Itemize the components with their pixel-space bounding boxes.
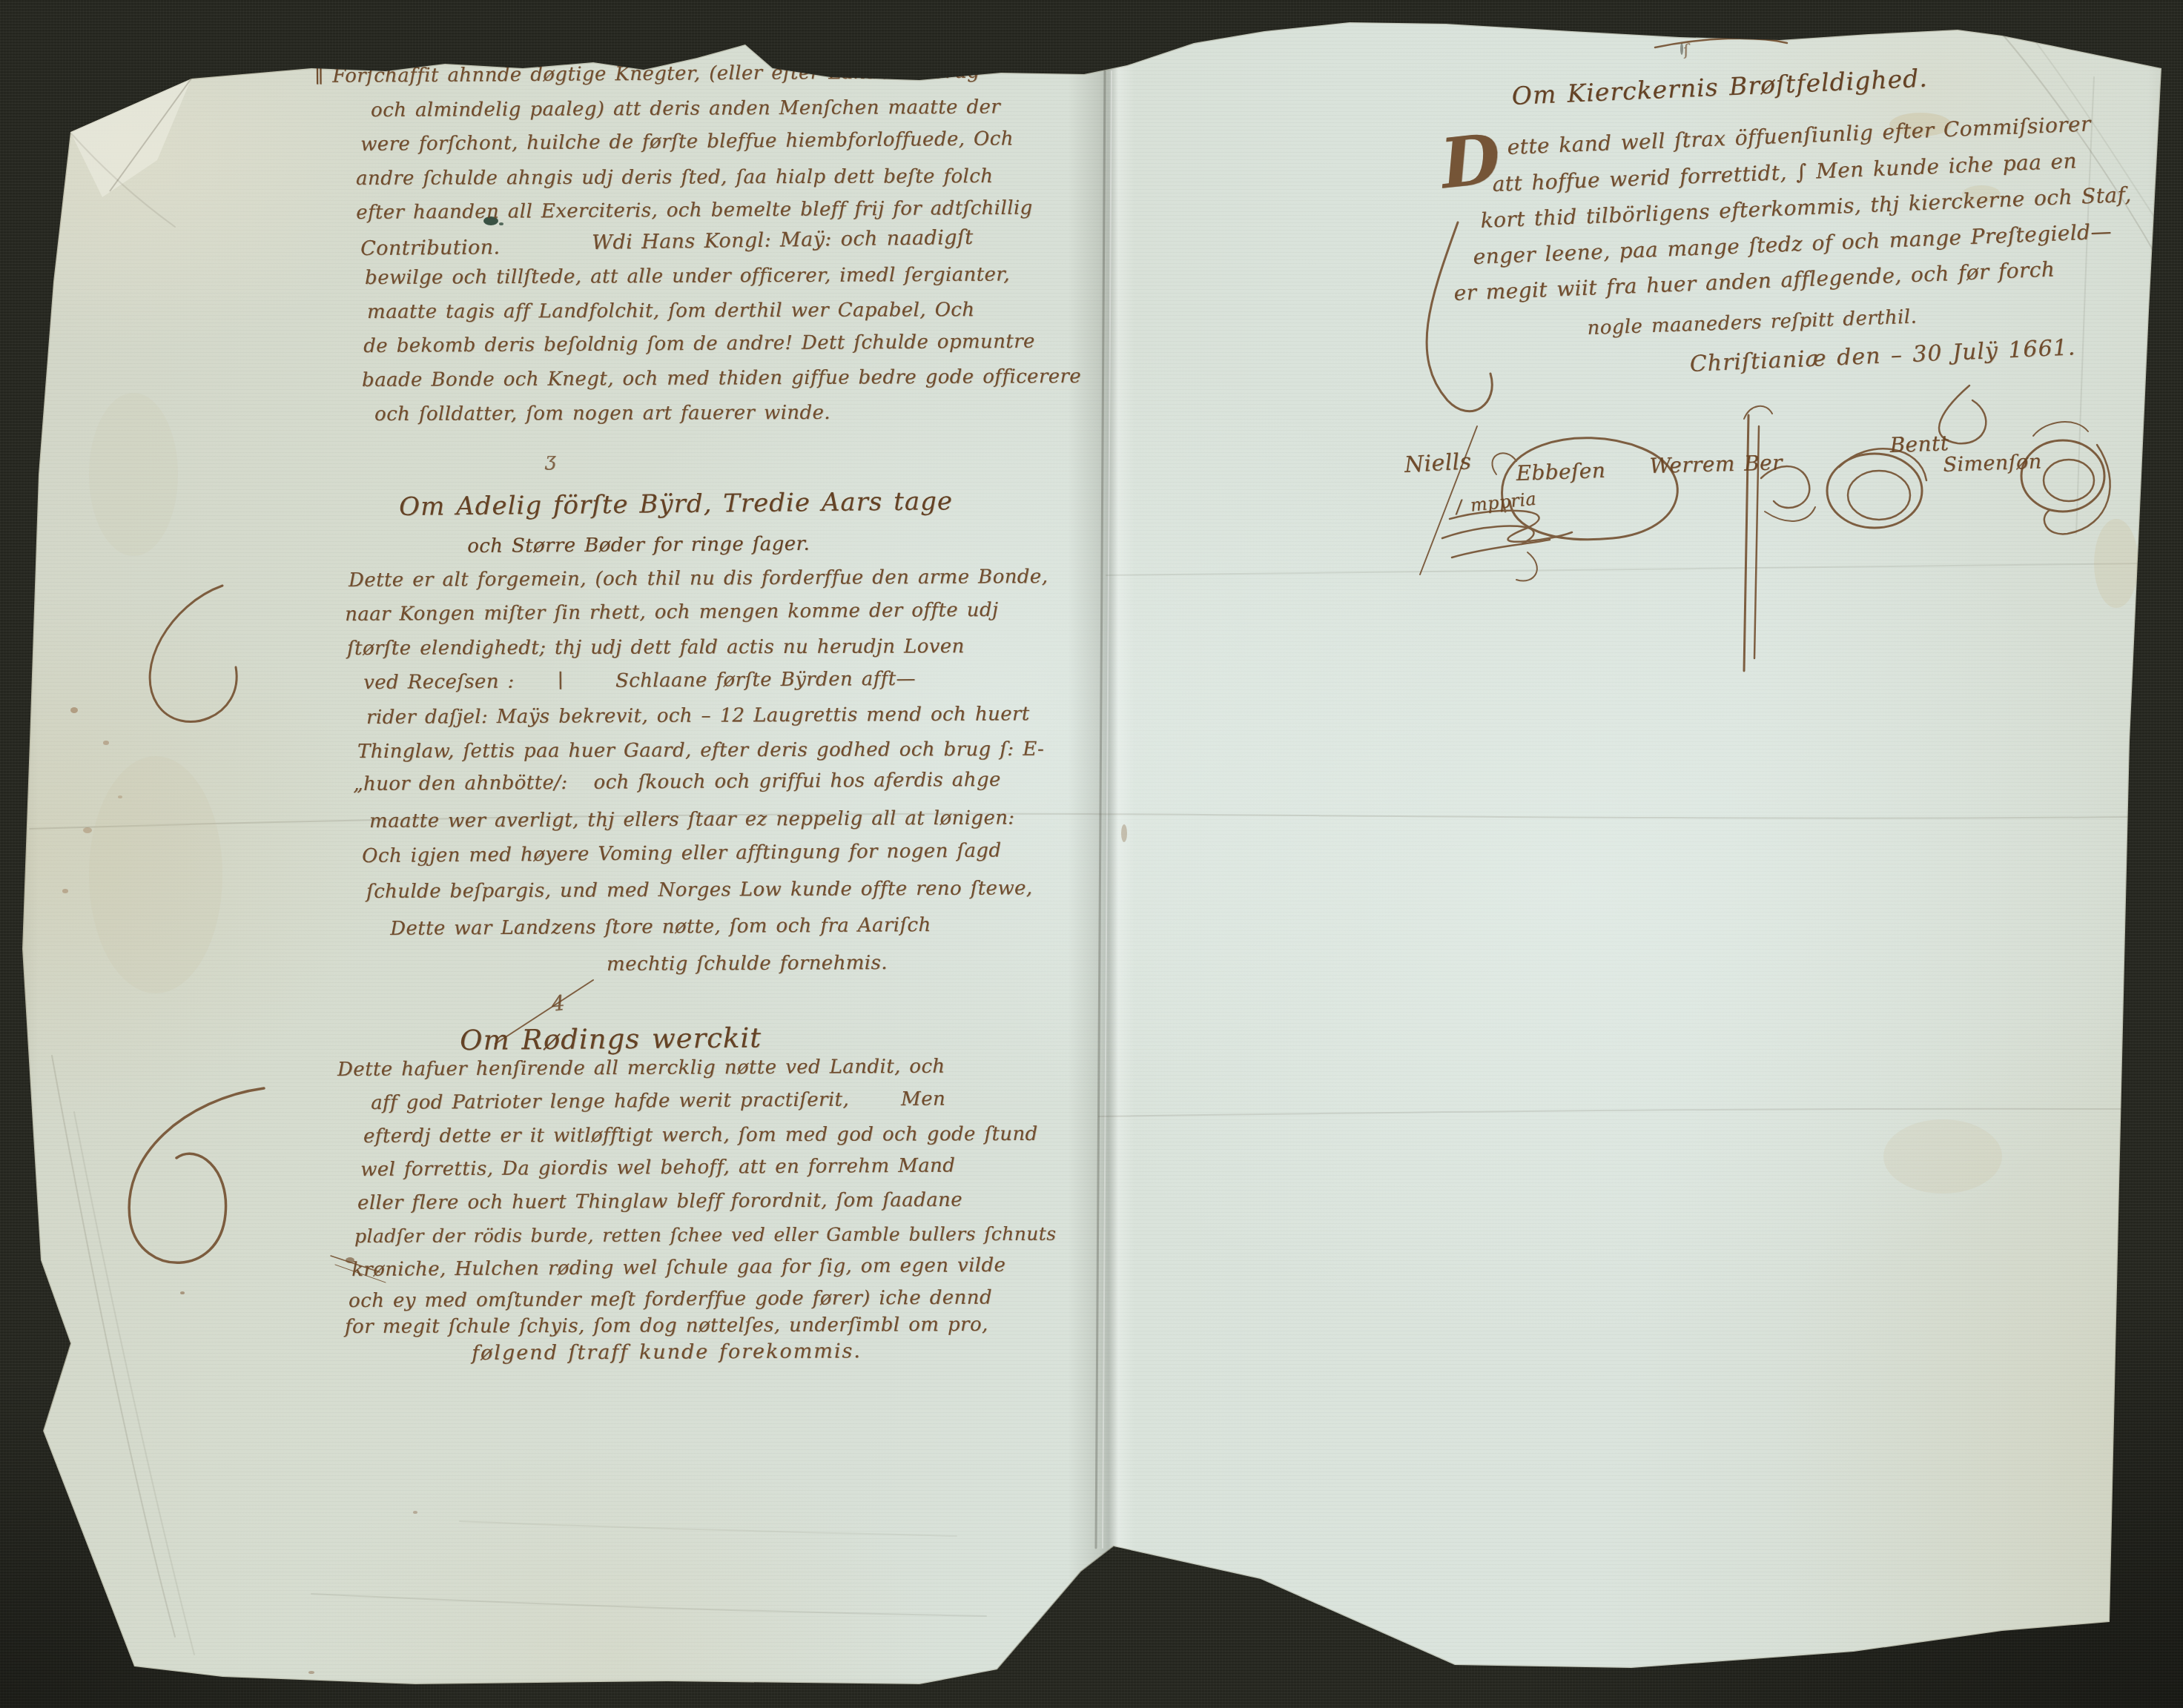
section-mark: 4 (550, 990, 567, 1016)
section-mark: ʒ (545, 449, 556, 471)
manuscript-line: Och igjen med høyere Voming eller afftin… (362, 839, 1002, 867)
section-heading: och Større Bøder for ringe ſager. (467, 533, 810, 557)
manuscript-line: Contribution. (360, 236, 501, 260)
manuscript-line: „huor den ahnbötte/: och ſkouch och grif… (353, 769, 1001, 795)
manuscript-line: krøniche, Hulchen røding wel ſchule gaa … (351, 1254, 1005, 1281)
manuscript-line: Thinglaw, ſettis paa huer Gaard, efter d… (357, 738, 1044, 763)
section-heading: Om Rødings werckit (460, 1022, 762, 1056)
manuscript-line: eller flere och huert Thinglaw bleff for… (357, 1189, 962, 1214)
correction-mark: z (552, 42, 558, 55)
manuscript-sheet: z∥ Forſchaffit ahnnde døgtige Knegter, (… (0, 0, 2183, 1708)
signature: Niells (1404, 448, 1472, 478)
manuscript-line: ∥ Forſchaffit ahnnde døgtige Knegter, (e… (314, 61, 980, 87)
manuscript-line: maatte wer averligt, thj ellers ſtaar ez… (369, 807, 1015, 833)
manuscript-line: naar Kongen miſter ſin rhett, och mengen… (345, 599, 998, 626)
manuscript-line: baade Bonde och Knegt, och med thiden gi… (362, 365, 1081, 391)
signature: Bentt (1889, 431, 1949, 457)
manuscript-line: Dette er alt forgemein, (och thil nu dis… (349, 566, 1048, 592)
manuscript-line: aff god Patrioter lenge hafde werit prac… (371, 1088, 945, 1114)
manuscript-line: och ſolldatter, ſom nogen art fauerer wi… (374, 402, 830, 426)
manuscript-line: pladſer der rödis burde, retten ſchee ve… (354, 1223, 1056, 1247)
section-heading: Om Adelig förſte Bÿrd, Tredie Aars tage (399, 486, 953, 522)
manuscript-line: och ey med omſtunder meſt forderffue god… (349, 1286, 992, 1312)
manuscript-line: rider daſjel: Maÿs bekrevit, och – 12 La… (366, 703, 1030, 729)
manuscript-line: maatte tagis aff Landfolchit, ſom derthi… (367, 299, 975, 323)
handwriting-layer: z∥ Forſchaffit ahnnde døgtige Knegter, (… (0, 0, 2183, 1708)
manuscript-line: efterdj dette er it witløfftigt werch, ſ… (363, 1123, 1038, 1148)
manuscript-line: och almindelig paaleg) att deris anden M… (371, 96, 1000, 122)
dateline: Chriſtianiæ den – 30 Julÿ 1661. (1689, 334, 2076, 377)
signature: Werrem Ber (1649, 450, 1783, 478)
manuscript-line: ſchulde beſpargis, und med Norges Low ku… (366, 877, 1033, 903)
manuscript-line: mechtig ſchulde fornehmis. (607, 952, 888, 976)
manuscript-line: for megit ſchule ſchyis, ſom dog nøttelſ… (345, 1314, 988, 1338)
page-heading: Om Kierckernis Brøſtfeldighed. (1511, 64, 1928, 110)
signature: Simenſøn (1943, 450, 2042, 477)
manuscript-line: andre ſchulde ahngis udj deris ſted, ſaa… (356, 165, 993, 190)
page-mark: ſ (1682, 41, 1691, 59)
manuscript-line: Dette hafuer henſirende all mercklig nøt… (337, 1056, 945, 1081)
manuscript-line: Wdi Hans Kongl: Maÿ: och naadigſt (592, 226, 974, 254)
manuscript-line: ved Receſsen : ∣ Schlaane førſte Bÿrden … (363, 668, 916, 694)
manuscript-line: følgend ſtraff kunde forekommis. (472, 1340, 862, 1365)
signature: Ebbeſen (1516, 458, 1606, 486)
manuscript-line: were forſchont, huilche de førſte bleffu… (360, 128, 1014, 156)
manuscript-line: wel forrettis, Da giordis wel behoff, at… (360, 1154, 955, 1181)
manuscript-line: efter haanden all Exerciteris, och bemel… (356, 197, 1033, 224)
manuscript-line: bewilge och tillſtede, att alle under of… (365, 263, 1010, 289)
manuscript-line: nogle maaneders reſpitt derthil. (1587, 305, 1918, 340)
photograph-of-manuscript: z∥ Forſchaffit ahnnde døgtige Knegter, (… (0, 0, 2183, 1708)
manuscript-line: de bekomb deris beſoldnig ſom de andre! … (363, 331, 1035, 357)
signature-subscript: ∕ mppria (1455, 489, 1537, 517)
manuscript-line: ſtørſte elendighedt; thj udj dett fald a… (347, 635, 965, 660)
manuscript-line: Dette war Landzens ſtore nøtte, ſom och … (390, 914, 931, 940)
